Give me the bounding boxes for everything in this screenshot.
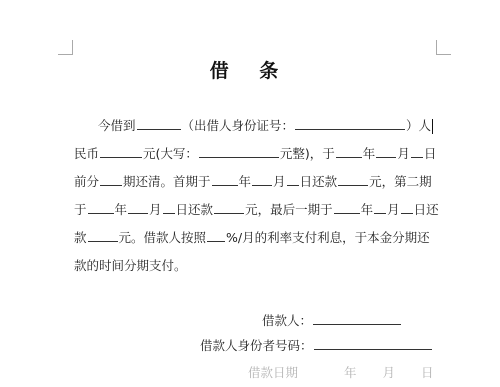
borrower-id-row: 借款人身份者号码： — [200, 336, 433, 354]
borrower-signature-row: 借款人： — [262, 311, 402, 329]
blank-field[interactable] — [163, 203, 175, 214]
blank-field[interactable] — [88, 203, 114, 214]
blank-field[interactable] — [137, 119, 181, 130]
page-corner-top-right — [436, 40, 451, 55]
blank-field[interactable] — [252, 175, 272, 186]
blank-field[interactable] — [334, 203, 360, 214]
blank-field[interactable] — [376, 147, 396, 158]
blank-field[interactable] — [401, 203, 413, 214]
body-line-4: 于年月日还款元，最后一期于年月日还 — [74, 200, 439, 218]
blank-field[interactable] — [100, 147, 142, 158]
blank-field[interactable] — [374, 203, 386, 214]
page-corner-top-left — [58, 40, 73, 55]
loan-date-row: 借款日期年月日 — [248, 363, 434, 381]
blank-field[interactable] — [199, 147, 279, 158]
blank-field[interactable] — [100, 175, 122, 186]
document-title: 借 条 — [0, 56, 500, 83]
borrower-field[interactable] — [313, 314, 401, 325]
body-line-1: 今借到（出借人身份证号：）人 — [98, 116, 433, 134]
blank-field[interactable] — [212, 175, 238, 186]
blank-field[interactable] — [411, 147, 423, 158]
body-line-2: 民币元(大写：元整)，于年月日 — [74, 144, 436, 162]
body-line-5: 款元。借款人按照%/月的利率支付利息，于本金分期还 — [74, 228, 430, 246]
blank-field[interactable] — [88, 231, 118, 242]
text-cursor — [432, 119, 433, 134]
blank-field[interactable] — [295, 119, 405, 130]
blank-field[interactable] — [287, 175, 299, 186]
body-line-6: 款的时间分期支付。 — [74, 256, 187, 274]
blank-field[interactable] — [214, 203, 244, 214]
blank-field[interactable] — [338, 175, 368, 186]
blank-field[interactable] — [128, 203, 148, 214]
blank-field[interactable] — [336, 147, 362, 158]
blank-field[interactable] — [207, 231, 225, 242]
body-line-3: 前分期还清。首期于年月日还款元，第二期 — [74, 172, 432, 190]
borrower-id-field[interactable] — [314, 339, 432, 350]
